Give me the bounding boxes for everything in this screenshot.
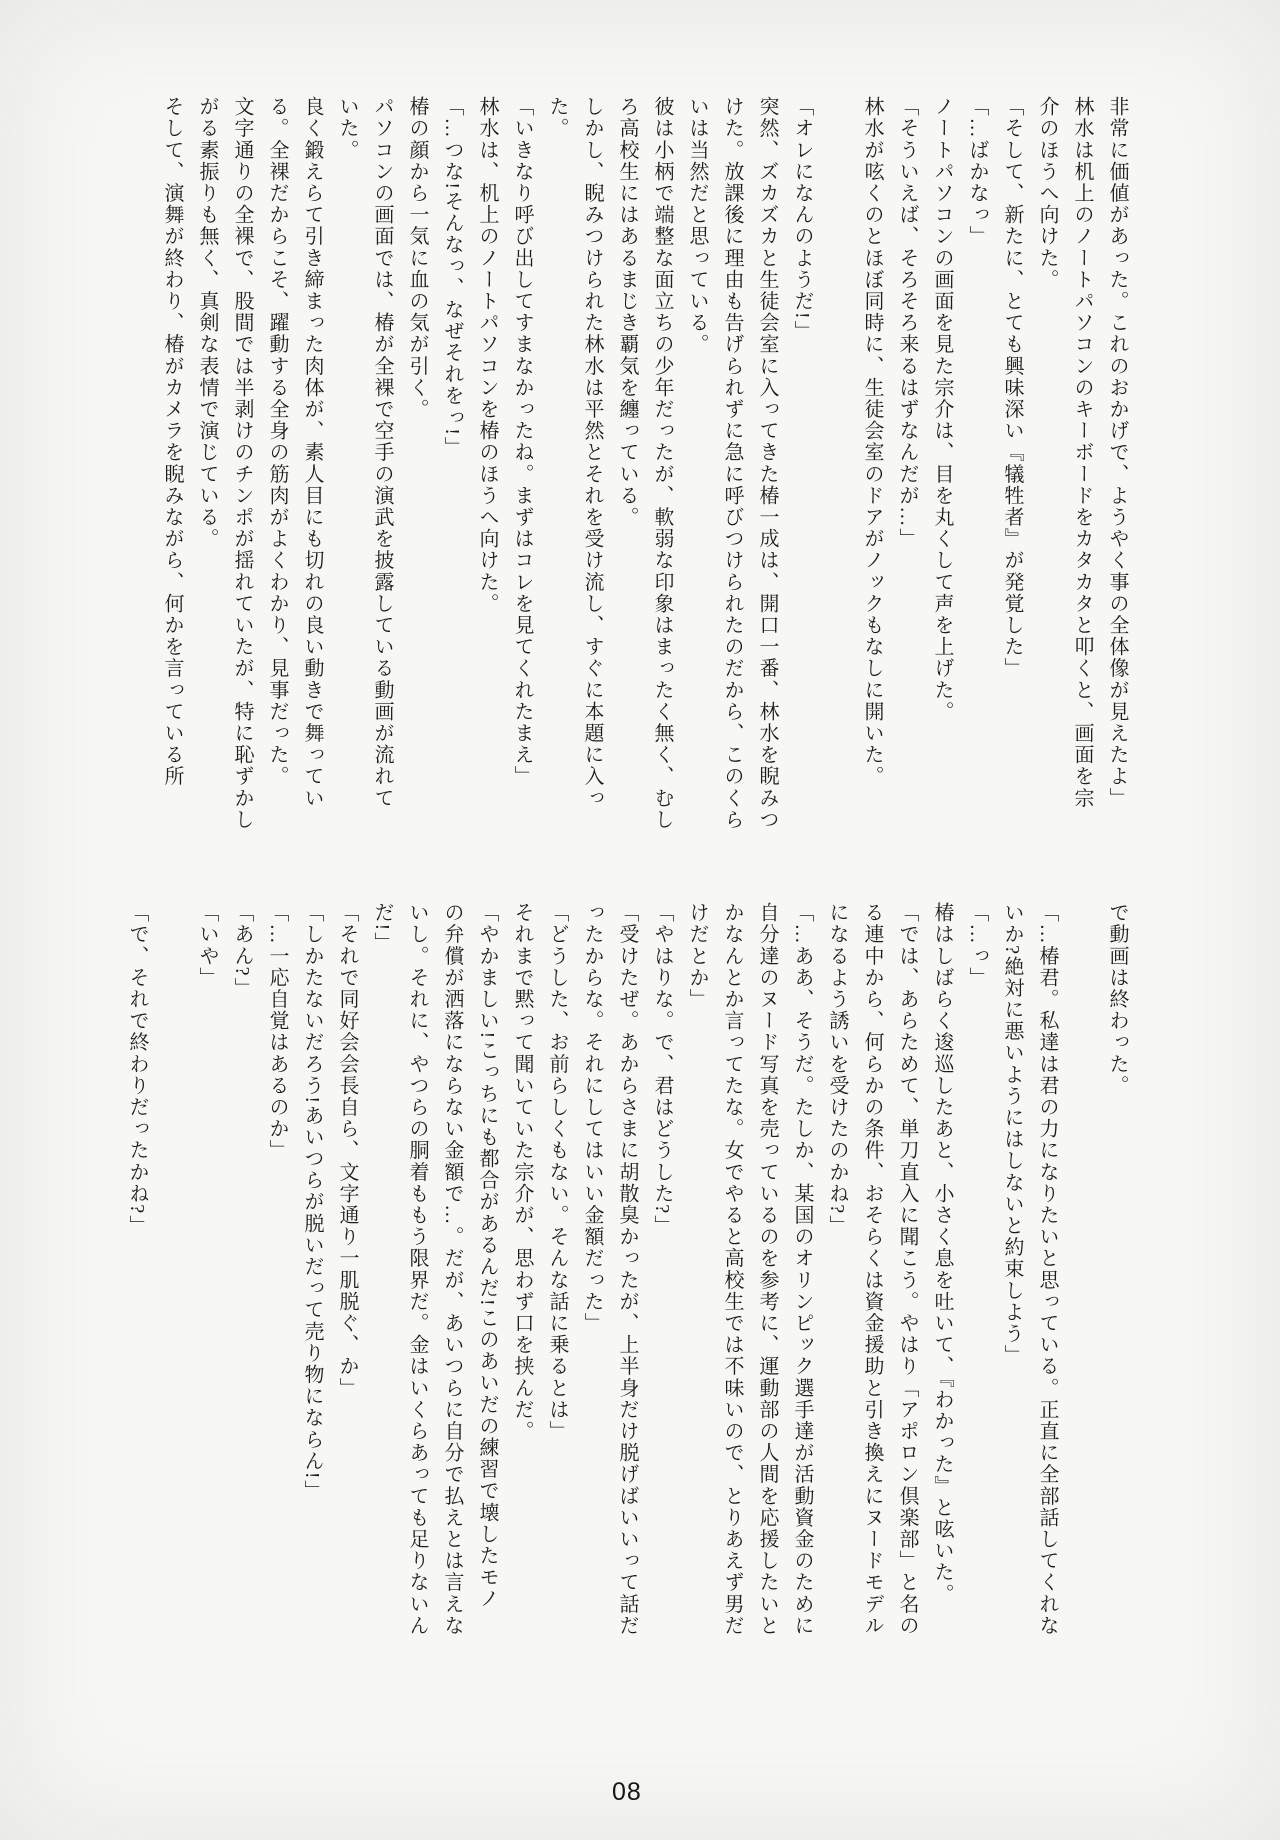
text-column: だ!」 [364,902,399,1650]
text-column: 「どうした、お前らしくもない。そんな話に乗るとは」 [539,902,574,1650]
text-column: 「しかたないだろう!あいつらが脱いだって売り物にならん!」 [294,902,329,1650]
vertical-text-band-bottom: で動画は終わった。「…椿君。私達は君の力になりたいと思っている。正直に全部話して… [119,902,1134,1650]
text-column: かなんとか言ってたな。女でやると高校生では不味いので、とりあえず男だ [714,902,749,1650]
text-column: 「あん?」 [224,902,259,1650]
text-column: 「…ああ、そうだ。たしか、某国のオリンピック選手達が活動資金のために [784,902,819,1650]
text-column: 介のほうへ向けた。 [1029,96,1064,844]
text-column: 「では、あらためて、単刀直入に聞こう。やはり「アポロン倶楽部」と名の [889,902,924,1650]
text-column: いし。それに、やつらの胴着ももう限界だ。金はいくらあっても足りないん [399,902,434,1650]
text-column [819,96,854,844]
text-column: 「…っ」 [959,902,994,1650]
text-column: いた。 [329,96,364,844]
text-column: けだとか」 [679,902,714,1650]
text-column: 非常に価値があった。これのおかげで、ようやく事の全体像が見えたよ」 [1099,96,1134,844]
text-column: 「…一応自覚はあるのか」 [259,902,294,1650]
scanned-novel-page: 非常に価値があった。これのおかげで、ようやく事の全体像が見えたよ」林水は机上のノ… [0,0,1280,1840]
text-column: 文字通りの全裸で、股間では半剥けのチンポが揺れていたが、特に恥ずかし [224,96,259,844]
text-column: がる素振りも無く、真剣な表情で演じている。 [189,96,224,844]
vertical-text-band-top: 非常に価値があった。これのおかげで、ようやく事の全体像が見えたよ」林水は机上のノ… [154,96,1134,844]
text-column: 「…つな!そんなっ、なぜそれをっ!」 [434,96,469,844]
text-column: 「やかましい!こっちにも都合があるんだ!このあいだの練習で壊したモノ [469,902,504,1650]
text-column: 林水が呟くのとほぼ同時に、生徒会室のドアがノックもなしに開いた。 [854,96,889,844]
text-column: 林水は、机上のノートパソコンを椿のほうへ向けた。 [469,96,504,844]
text-column: 「で、それで終わりだったかね?」 [119,902,154,1650]
text-column: 自分達のヌード写真を売っているのを参考に、運動部の人間を応援したいと [749,902,784,1650]
text-column: そして、演舞が終わり、椿がカメラを睨みながら、何かを言っている所 [154,96,189,844]
text-column: けた。放課後に理由も告げられずに急に呼びつけられたのだから、このくら [714,96,749,844]
text-column: 良く鍛えらて引き締まった肉体が、素人目にも切れの良い動きで舞ってい [294,96,329,844]
text-column: になるよう誘いを受けたのかね?」 [819,902,854,1650]
text-column: 突然、ズカズカと生徒会室に入ってきた椿一成は、開口一番、林水を睨みつ [749,96,784,844]
text-column: しかし、睨みつけられた林水は平然とそれを受け流し、すぐに本題に入っ [574,96,609,844]
text-column: 「いや」 [189,902,224,1650]
text-column: ノートパソコンの画面を見た宗介は、目を丸くして声を上げた。 [924,96,959,844]
text-column: いは当然だと思っている。 [679,96,714,844]
text-column: る連中から、何らかの条件、おそらくは資金援助と引き換えにヌードモデル [854,902,889,1650]
text-column: 椿の顔から一気に血の気が引く。 [399,96,434,844]
text-column: それまで黙って聞いていた宗介が、思わず口を挟んだ。 [504,902,539,1650]
text-column: 「受けたぜ。あからさまに胡散臭かったが、上半身だけ脱げばいいって話だ [609,902,644,1650]
text-column [1064,902,1099,1650]
text-column: 「いきなり呼び出してすまなかったね。まずはコレを見てくれたまえ」 [504,96,539,844]
text-column: で動画は終わった。 [1099,902,1134,1650]
page-number: 08 [612,1778,642,1807]
text-column: 「そして、新たに、とても興味深い『犠牲者』が発覚した」 [994,96,1029,844]
text-column: 「…椿君。私達は君の力になりたいと思っている。正直に全部話してくれな [1029,902,1064,1650]
text-column: る。全裸だからこそ、躍動する全身の筋肉がよくわかり、見事だった。 [259,96,294,844]
text-column: 林水は机上のノートパソコンのキーボードをカタカタと叩くと、画面を宗 [1064,96,1099,844]
text-column: 「…ばかなっ」 [959,96,994,844]
text-column: 「やはりな。で、君はどうした?」 [644,902,679,1650]
text-column: ろ高校生にはあるまじき覇気を纏っている。 [609,96,644,844]
text-column: パソコンの画面では、椿が全裸で空手の演武を披露している動画が流れて [364,96,399,844]
text-column: ったからな。それにしてはいい金額だった」 [574,902,609,1650]
text-column: いか?絶対に悪いようにはしないと約束しよう」 [994,902,1029,1650]
text-column: 椿はしばらく逡巡したあと、小さく息を吐いて、『わかった』と呟いた。 [924,902,959,1650]
text-column: 「それで同好会会長自ら、文字通り一肌脱ぐ、か」 [329,902,364,1650]
text-column: た。 [539,96,574,844]
text-column: 「オレになんのようだ!」 [784,96,819,844]
text-column: 彼は小柄で端整な面立ちの少年だったが、軟弱な印象はまったく無く、むし [644,96,679,844]
text-column: 「そういえば、そろそろ来るはずなんだが…」 [889,96,924,844]
text-column [154,902,189,1650]
text-column: の弁償が洒落にならない金額で…。だが、あいつらに自分で払えとは言えな [434,902,469,1650]
